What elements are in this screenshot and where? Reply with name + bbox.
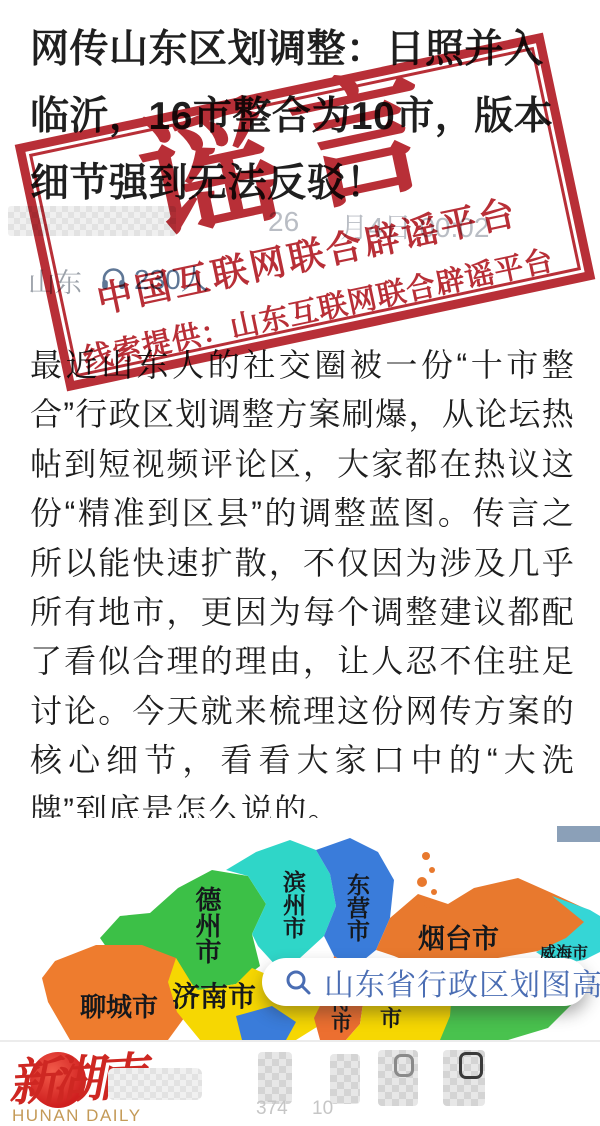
- share-outline-icon[interactable]: [459, 1052, 483, 1079]
- shandong-map-svg: 聊城市 德州市 济南市 滨州市 东营市 淄博市 烟台市 威海市 市: [0, 818, 600, 1040]
- blurred-action-icon[interactable]: [258, 1052, 292, 1104]
- action-count: 10: [312, 1098, 333, 1120]
- map-search-label: 山东省行政区划图高清: [324, 960, 600, 1004]
- footer-bar: 新湖南 HUNAN DAILY 374 10: [0, 1040, 600, 1126]
- timestamp-fragment-left: 26: [268, 206, 299, 238]
- map-label-dongying: 东营市: [344, 873, 370, 942]
- listen-count-group[interactable]: 230人: [100, 258, 209, 298]
- map-label-partial: 市: [380, 1006, 402, 1031]
- bookmark-outline-icon[interactable]: [394, 1054, 414, 1077]
- article-title: 网传山东区划调整：日照并入临沂，16市整合为10市，版本细节强到无法反驳！: [30, 16, 576, 217]
- map-label-liaocheng: 聊城市: [80, 992, 158, 1022]
- magnifier-icon: [284, 968, 312, 996]
- map-label-dezhou: 德州市: [192, 886, 222, 964]
- region-tag: 山东: [28, 261, 82, 300]
- article-page: 网传山东区划调整：日照并入临沂，16市整合为10市，版本细节强到无法反驳！ 26…: [0, 0, 600, 1126]
- blurred-source-name: [8, 206, 176, 236]
- logo-english-text: HUNAN DAILY: [12, 1106, 142, 1126]
- listen-count: 230人: [134, 258, 209, 298]
- timestamp-fragment-right: 月4日 00:02: [340, 206, 489, 246]
- map-label-binzhou: 滨州市: [280, 869, 306, 939]
- headphone-icon: [100, 265, 127, 291]
- map-label-jinan: 济南市: [172, 980, 256, 1012]
- map-search-pill[interactable]: 山东省行政区划图高清: [262, 958, 588, 1006]
- action-count: 374: [256, 1098, 288, 1120]
- blurred-comment-input[interactable]: [108, 1068, 202, 1100]
- map-photo-corner: [557, 826, 600, 842]
- shandong-map: 聊城市 德州市 济南市 滨州市 东营市 淄博市 烟台市 威海市 市 山东省行政区…: [0, 818, 600, 1040]
- article-body: 最近山东人的社交圈被一份“十市整合”行政区划调整方案刷爆，从论坛热帖到短视频评论…: [30, 341, 575, 835]
- map-label-yantai: 烟台市: [417, 924, 499, 954]
- blurred-action-icon[interactable]: [330, 1054, 360, 1104]
